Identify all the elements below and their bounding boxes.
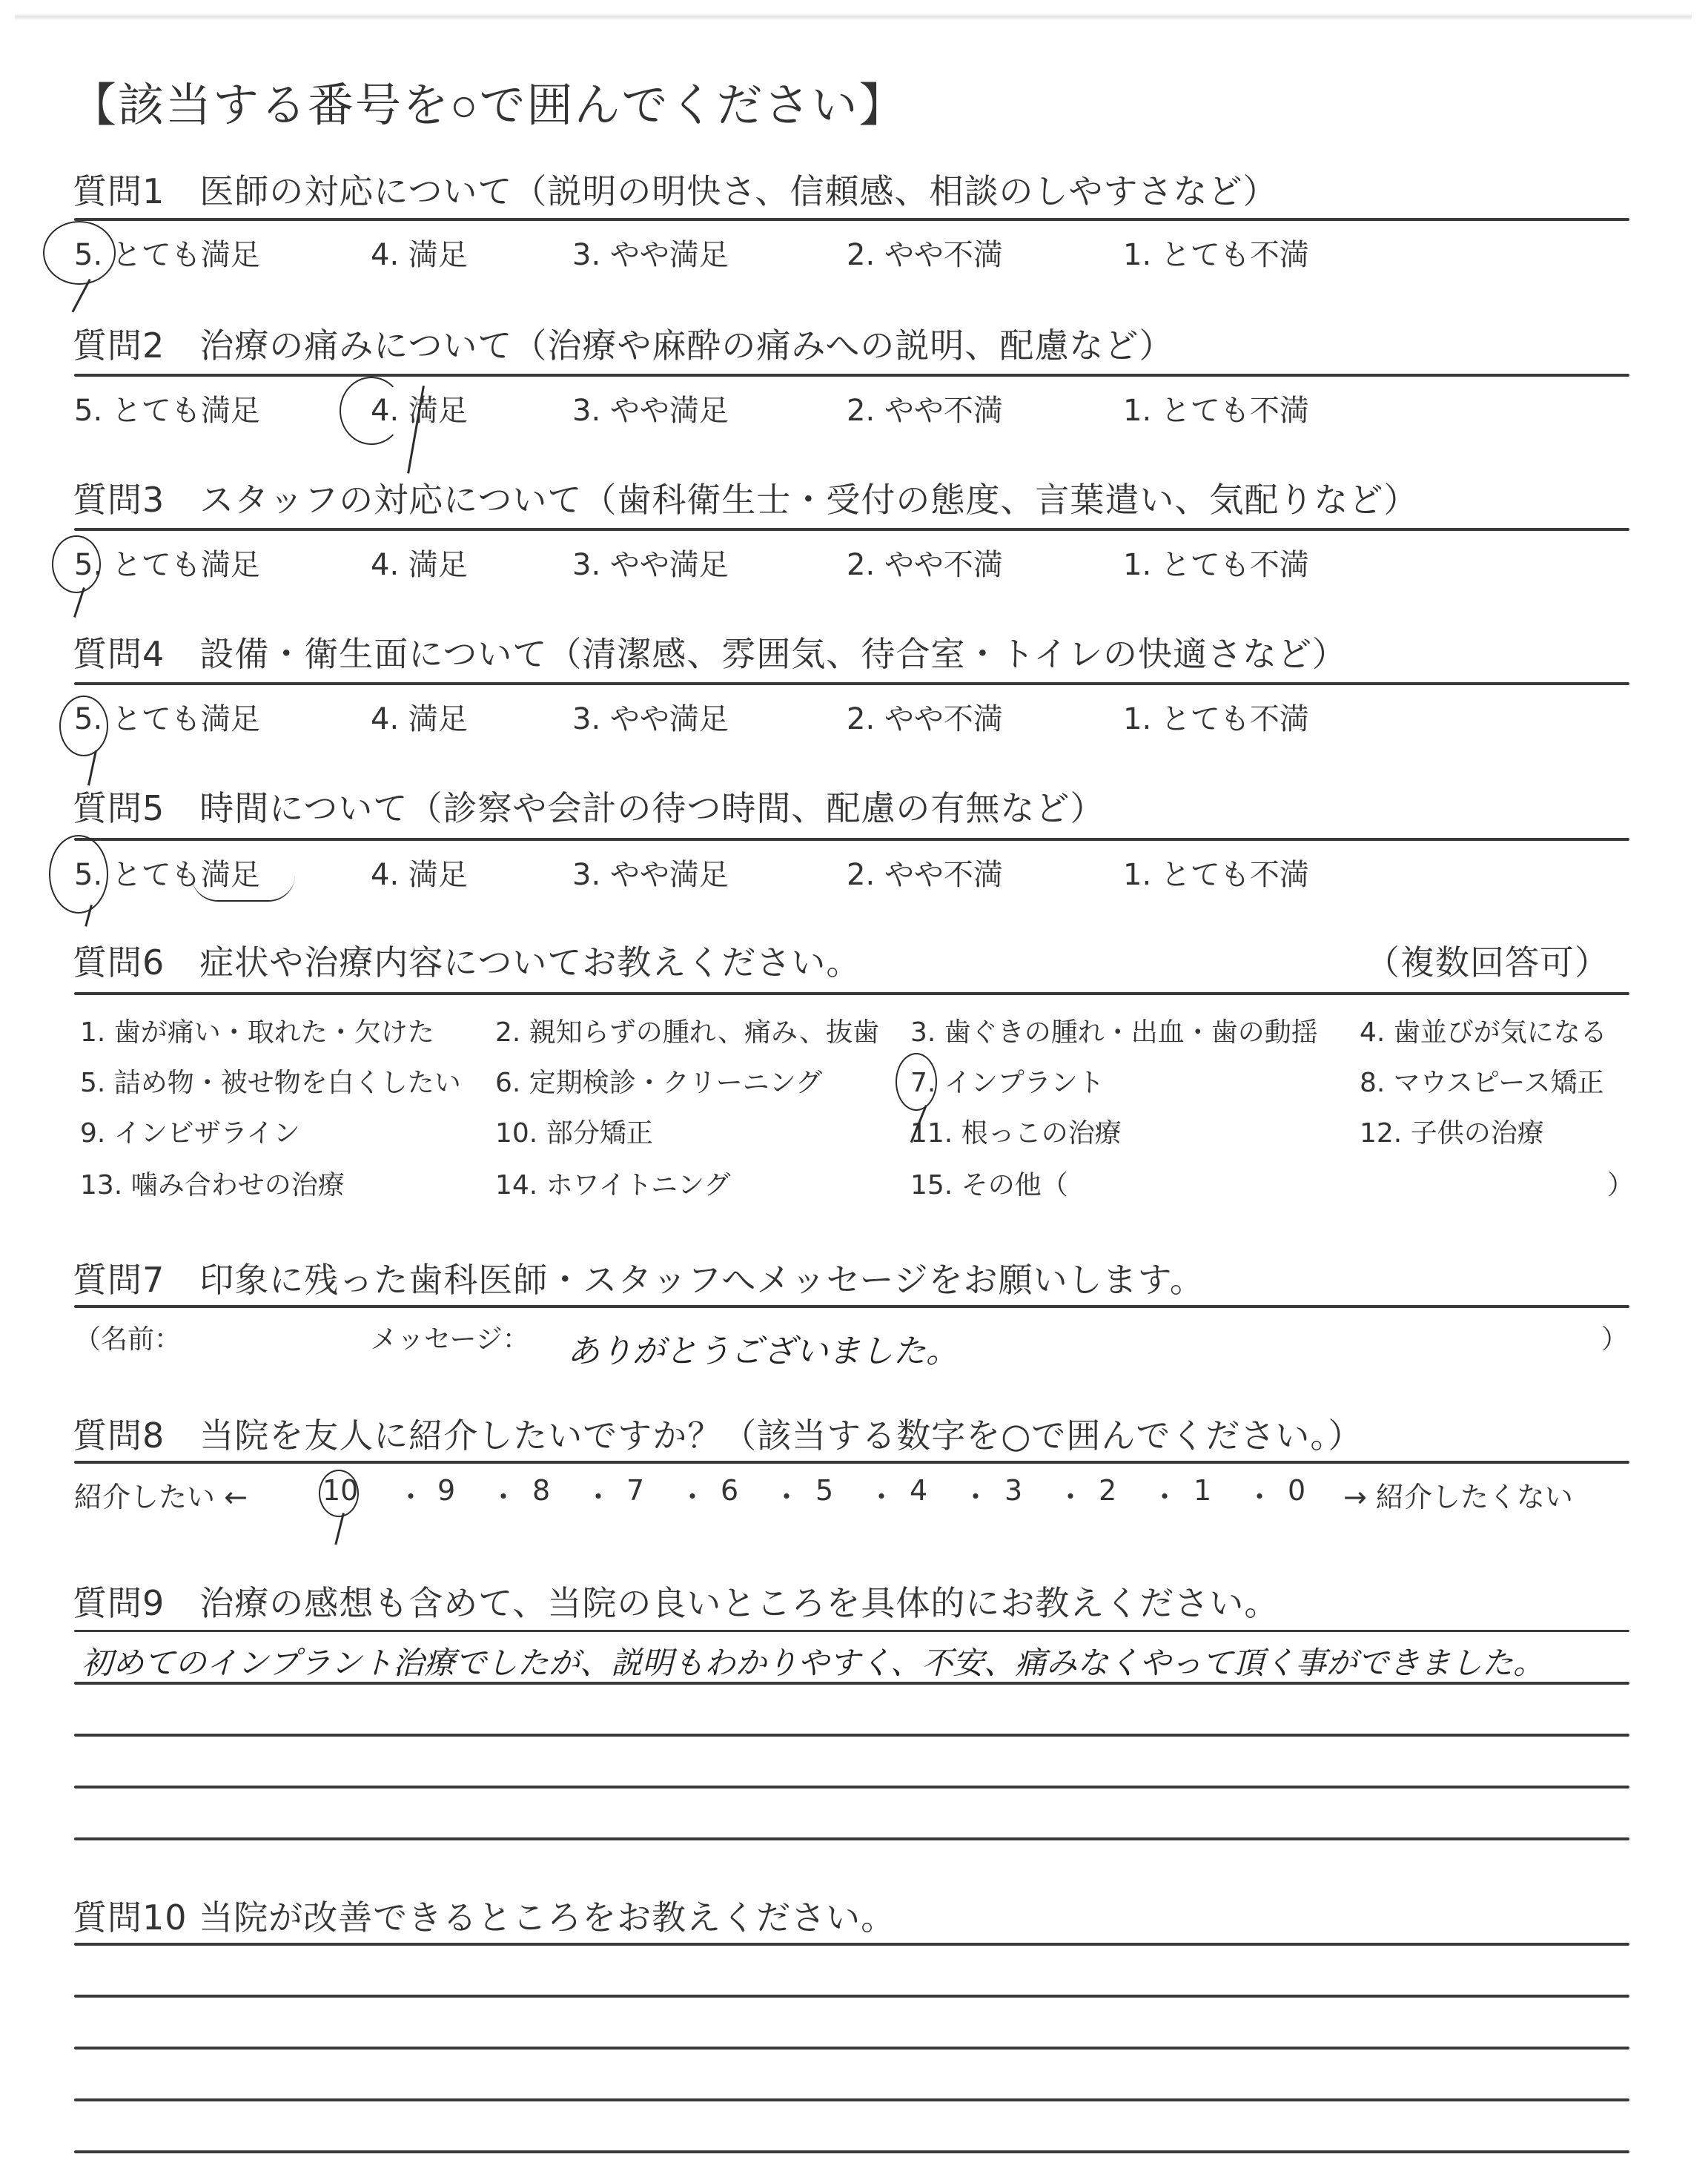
selected-circle-mark xyxy=(43,221,116,285)
scale-0[interactable]: 0 xyxy=(1288,1474,1305,1507)
answer-line xyxy=(74,2047,1629,2050)
q6-other-close-paren: ） xyxy=(1607,1164,1634,1202)
separator-dot: ・ xyxy=(1056,1474,1085,1515)
divider xyxy=(74,528,1629,531)
scale-2[interactable]: 2 xyxy=(1099,1474,1116,1507)
q6-item-2[interactable]: 2. 親知らずの腫れ、痛み、抜歯 xyxy=(495,1011,879,1049)
question-4-title: 質問4 設備・衛生面について（清潔感、雰囲気、待合室・トイレの快適さなど） xyxy=(73,627,1347,676)
question-8-title: 質問8 当院を友人に紹介したいですか？（該当する数字を○で囲んでください。） xyxy=(73,1409,1363,1458)
q6-item-9[interactable]: 9. インビザライン xyxy=(80,1112,300,1150)
q6-item-7[interactable]: 7. インプラント xyxy=(910,1062,1105,1100)
divider xyxy=(74,218,1629,221)
answer-line xyxy=(74,1837,1629,1840)
divider xyxy=(74,1630,1629,1632)
question-2-title: 質問2 治療の痛みについて（治療や麻酔の痛みへの説明、配慮など） xyxy=(73,319,1174,368)
pen-stroke xyxy=(87,750,96,785)
option-3[interactable]: 3. やや満足 xyxy=(572,387,729,429)
q6-item-14[interactable]: 14. ホワイトニング xyxy=(495,1164,730,1202)
option-2[interactable]: 2. やや不満 xyxy=(847,231,1003,274)
q10-answer-field[interactable] xyxy=(82,1958,1623,1987)
option-1[interactable]: 1. とても不満 xyxy=(1123,541,1309,584)
scale-3[interactable]: 3 xyxy=(1004,1474,1022,1507)
selected-circle-mark xyxy=(59,696,108,756)
separator-dot: ・ xyxy=(584,1474,612,1515)
option-3[interactable]: 3. やや満足 xyxy=(572,541,729,584)
q6-item-4[interactable]: 4. 歯並びが気になる xyxy=(1360,1011,1607,1049)
separator-dot: ・ xyxy=(772,1474,801,1515)
option-1[interactable]: 1. とても不満 xyxy=(1123,851,1309,894)
page-title: 【該当する番号を○で囲んでください】 xyxy=(70,68,906,134)
q7-close-paren: ） xyxy=(1601,1318,1628,1356)
name-label: （名前： xyxy=(74,1318,181,1356)
option-2[interactable]: 2. やや不満 xyxy=(847,851,1003,894)
selected-circle-mark xyxy=(319,1470,359,1517)
question-3-title: 質問3 スタッフの対応について（歯科衛生士・受付の態度、言葉遣い、気配りなど） xyxy=(73,473,1418,522)
question-6-title: 質問6 症状や治療内容についてお教えください。 xyxy=(73,936,861,985)
message-label: メッセージ： xyxy=(371,1318,529,1356)
question-7-title: 質問7 印象に残った歯科医師・スタッフへメッセージをお願いします。 xyxy=(73,1253,1205,1302)
answer-line xyxy=(74,1682,1629,1685)
scale-9[interactable]: 9 xyxy=(437,1474,455,1507)
divider xyxy=(74,838,1629,841)
scale-left-label: 紹介したい ← xyxy=(74,1474,248,1515)
q6-item-10[interactable]: 10. 部分矯正 xyxy=(495,1112,653,1150)
q9-answer-field[interactable]: 初めてのインプラント治療でしたが、説明もわかりやすく、不安、痛みなくやって頂く事… xyxy=(82,1639,1544,1683)
option-4[interactable]: 4. 満足 xyxy=(371,696,468,738)
q6-item-6[interactable]: 6. 定期検診・クリーニング xyxy=(495,1062,822,1100)
separator-dot: ・ xyxy=(1245,1474,1274,1515)
option-2[interactable]: 2. やや不満 xyxy=(847,387,1003,429)
scale-1[interactable]: 1 xyxy=(1194,1474,1211,1507)
selected-circle-mark xyxy=(49,835,108,914)
separator-dot: ・ xyxy=(489,1474,517,1515)
option-1[interactable]: 1. とても不満 xyxy=(1123,387,1309,429)
question-1-title: 質問1 医師の対応について（説明の明快さ、信頼感、相談のしやすさなど） xyxy=(73,165,1278,214)
option-4[interactable]: 4. 満足 xyxy=(371,851,468,894)
selected-circle-mark xyxy=(896,1053,937,1111)
answer-line xyxy=(74,1786,1629,1789)
separator-dot: ・ xyxy=(678,1474,706,1515)
divider xyxy=(74,992,1629,995)
option-3[interactable]: 3. やや満足 xyxy=(572,696,729,738)
selected-circle-mark xyxy=(52,535,101,593)
q6-item-11[interactable]: 11. 根っこの治療 xyxy=(910,1112,1122,1150)
underline-mark xyxy=(191,875,295,902)
separator-dot: ・ xyxy=(961,1474,990,1515)
q6-item-12[interactable]: 12. 子供の治療 xyxy=(1360,1112,1544,1150)
q6-item-1[interactable]: 1. 歯が痛い・取れた・欠けた xyxy=(80,1011,434,1049)
option-5[interactable]: 5. とても満足 xyxy=(74,387,260,429)
answer-line xyxy=(74,2098,1629,2101)
option-5[interactable]: 5. とても満足 xyxy=(74,541,260,584)
option-1[interactable]: 1. とても不満 xyxy=(1123,696,1309,738)
divider xyxy=(74,1461,1629,1464)
scale-6[interactable]: 6 xyxy=(721,1474,738,1507)
scale-4[interactable]: 4 xyxy=(910,1474,927,1507)
scale-right-label: → 紹介したくない xyxy=(1343,1474,1573,1515)
divider xyxy=(74,374,1629,377)
question-10-title: 質問10 当院が改善できるところをお教えください。 xyxy=(73,1891,896,1940)
separator-dot: ・ xyxy=(1151,1474,1179,1515)
answer-line xyxy=(74,2150,1629,2153)
q6-item-15[interactable]: 15. その他（ xyxy=(910,1164,1068,1202)
separator-dot: ・ xyxy=(397,1474,425,1515)
option-3[interactable]: 3. やや満足 xyxy=(572,231,729,274)
q6-item-8[interactable]: 8. マウスピース矯正 xyxy=(1360,1062,1603,1100)
option-3[interactable]: 3. やや満足 xyxy=(572,851,729,894)
multiple-answers-note: （複数回答可） xyxy=(1366,936,1609,985)
scale-5[interactable]: 5 xyxy=(815,1474,833,1507)
answer-line xyxy=(74,1943,1629,1946)
option-2[interactable]: 2. やや不満 xyxy=(847,696,1003,738)
option-1[interactable]: 1. とても不満 xyxy=(1123,231,1309,274)
pen-stroke xyxy=(334,1513,344,1545)
scan-edge xyxy=(15,13,1692,21)
option-4[interactable]: 4. 満足 xyxy=(371,231,468,274)
q6-item-3[interactable]: 3. 歯ぐきの腫れ・出血・歯の動揺 xyxy=(910,1011,1318,1049)
question-5-title: 質問5 時間について（診察や会計の待つ時間、配慮の有無など） xyxy=(73,782,1105,830)
separator-dot: ・ xyxy=(867,1474,896,1515)
selected-circle-mark xyxy=(340,377,403,445)
q6-item-5[interactable]: 5. 詰め物・被せ物を白くしたい xyxy=(80,1062,461,1100)
answer-line xyxy=(74,1734,1629,1737)
scale-7[interactable]: 7 xyxy=(626,1474,644,1507)
option-4[interactable]: 4. 満足 xyxy=(371,541,468,584)
divider xyxy=(74,682,1629,685)
question-9-title: 質問9 治療の感想も含めて、当院の良いところを具体的にお教えください。 xyxy=(73,1576,1279,1625)
message-field[interactable]: ありがとうございました。 xyxy=(567,1324,959,1372)
q6-item-13[interactable]: 13. 噛み合わせの治療 xyxy=(80,1164,345,1202)
divider xyxy=(74,1305,1629,1308)
scale-8[interactable]: 8 xyxy=(532,1474,550,1507)
answer-line xyxy=(74,1995,1629,1998)
option-2[interactable]: 2. やや不満 xyxy=(847,541,1003,584)
